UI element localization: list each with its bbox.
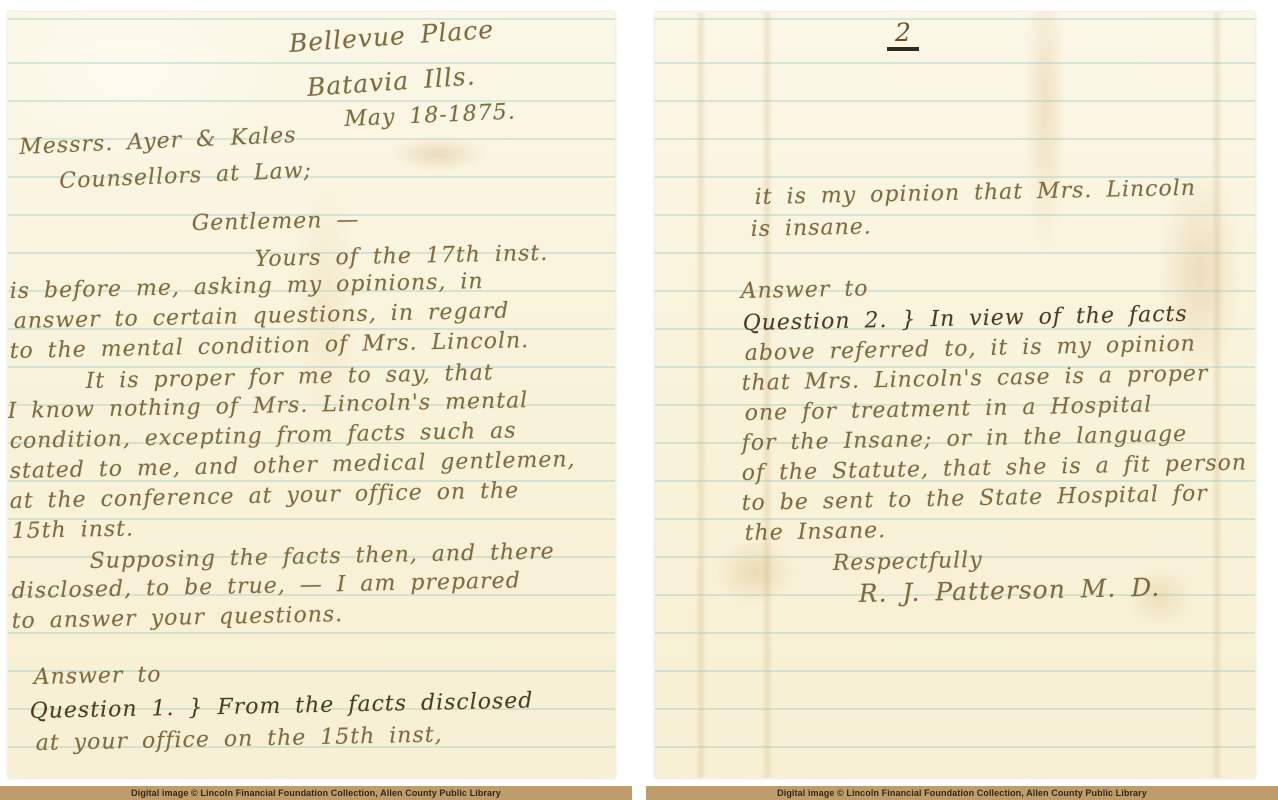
- caption-credit-text: Digital image © Lincoln Financial Founda…: [131, 788, 501, 798]
- handwriting-line: it is my opinion that Mrs. Lincoln: [754, 175, 1196, 212]
- letter-scan-view: Bellevue Place Batavia Ills. May 18-1875…: [0, 0, 1278, 800]
- paper-fold-line: [699, 12, 703, 778]
- letter-salutation: Gentlemen —: [191, 206, 359, 238]
- handwriting-line: is insane.: [750, 213, 872, 244]
- letter-addressee: Messrs. Ayer & Kales: [19, 122, 297, 162]
- page-1-paper: Bellevue Place Batavia Ills. May 18-1875…: [8, 12, 615, 778]
- letter-dateline-city: Batavia Ills.: [306, 62, 476, 102]
- handwriting-line: the Insane.: [744, 517, 886, 548]
- page-1-scan: Bellevue Place Batavia Ills. May 18-1875…: [0, 0, 632, 800]
- handwriting-line: to answer your questions.: [11, 601, 343, 636]
- caption-bar: Digital image © Lincoln Financial Founda…: [646, 786, 1278, 800]
- answer-heading: Answer to: [740, 275, 868, 306]
- handwriting-line: Question 1. } From the facts disclosed: [29, 687, 533, 726]
- closing-line: Respectfully: [832, 547, 983, 578]
- letter-addressee-title: Counsellors at Law;: [59, 157, 313, 196]
- page-number: 2: [887, 18, 919, 51]
- letter-dateline-place: Bellevue Place: [288, 16, 495, 58]
- handwriting-line: 15th inst.: [11, 515, 134, 546]
- page-2-scan: 2 it is my opinion that Mrs. Lincoln is …: [646, 0, 1278, 800]
- caption-bar: Digital image © Lincoln Financial Founda…: [0, 786, 632, 800]
- page-2-paper: 2 it is my opinion that Mrs. Lincoln is …: [655, 12, 1255, 778]
- signature-line: R. J. Patterson M. D.: [858, 574, 1160, 608]
- paper-fold-line: [1215, 12, 1219, 778]
- caption-credit-text: Digital image © Lincoln Financial Founda…: [777, 788, 1147, 798]
- answer-heading: Answer to: [33, 661, 161, 692]
- handwriting-line: at your office on the 15th inst,: [35, 721, 442, 758]
- handwriting-line: disclosed, to be true, — I am prepared: [11, 567, 521, 606]
- letter-dateline-date: May 18-1875.: [344, 99, 517, 134]
